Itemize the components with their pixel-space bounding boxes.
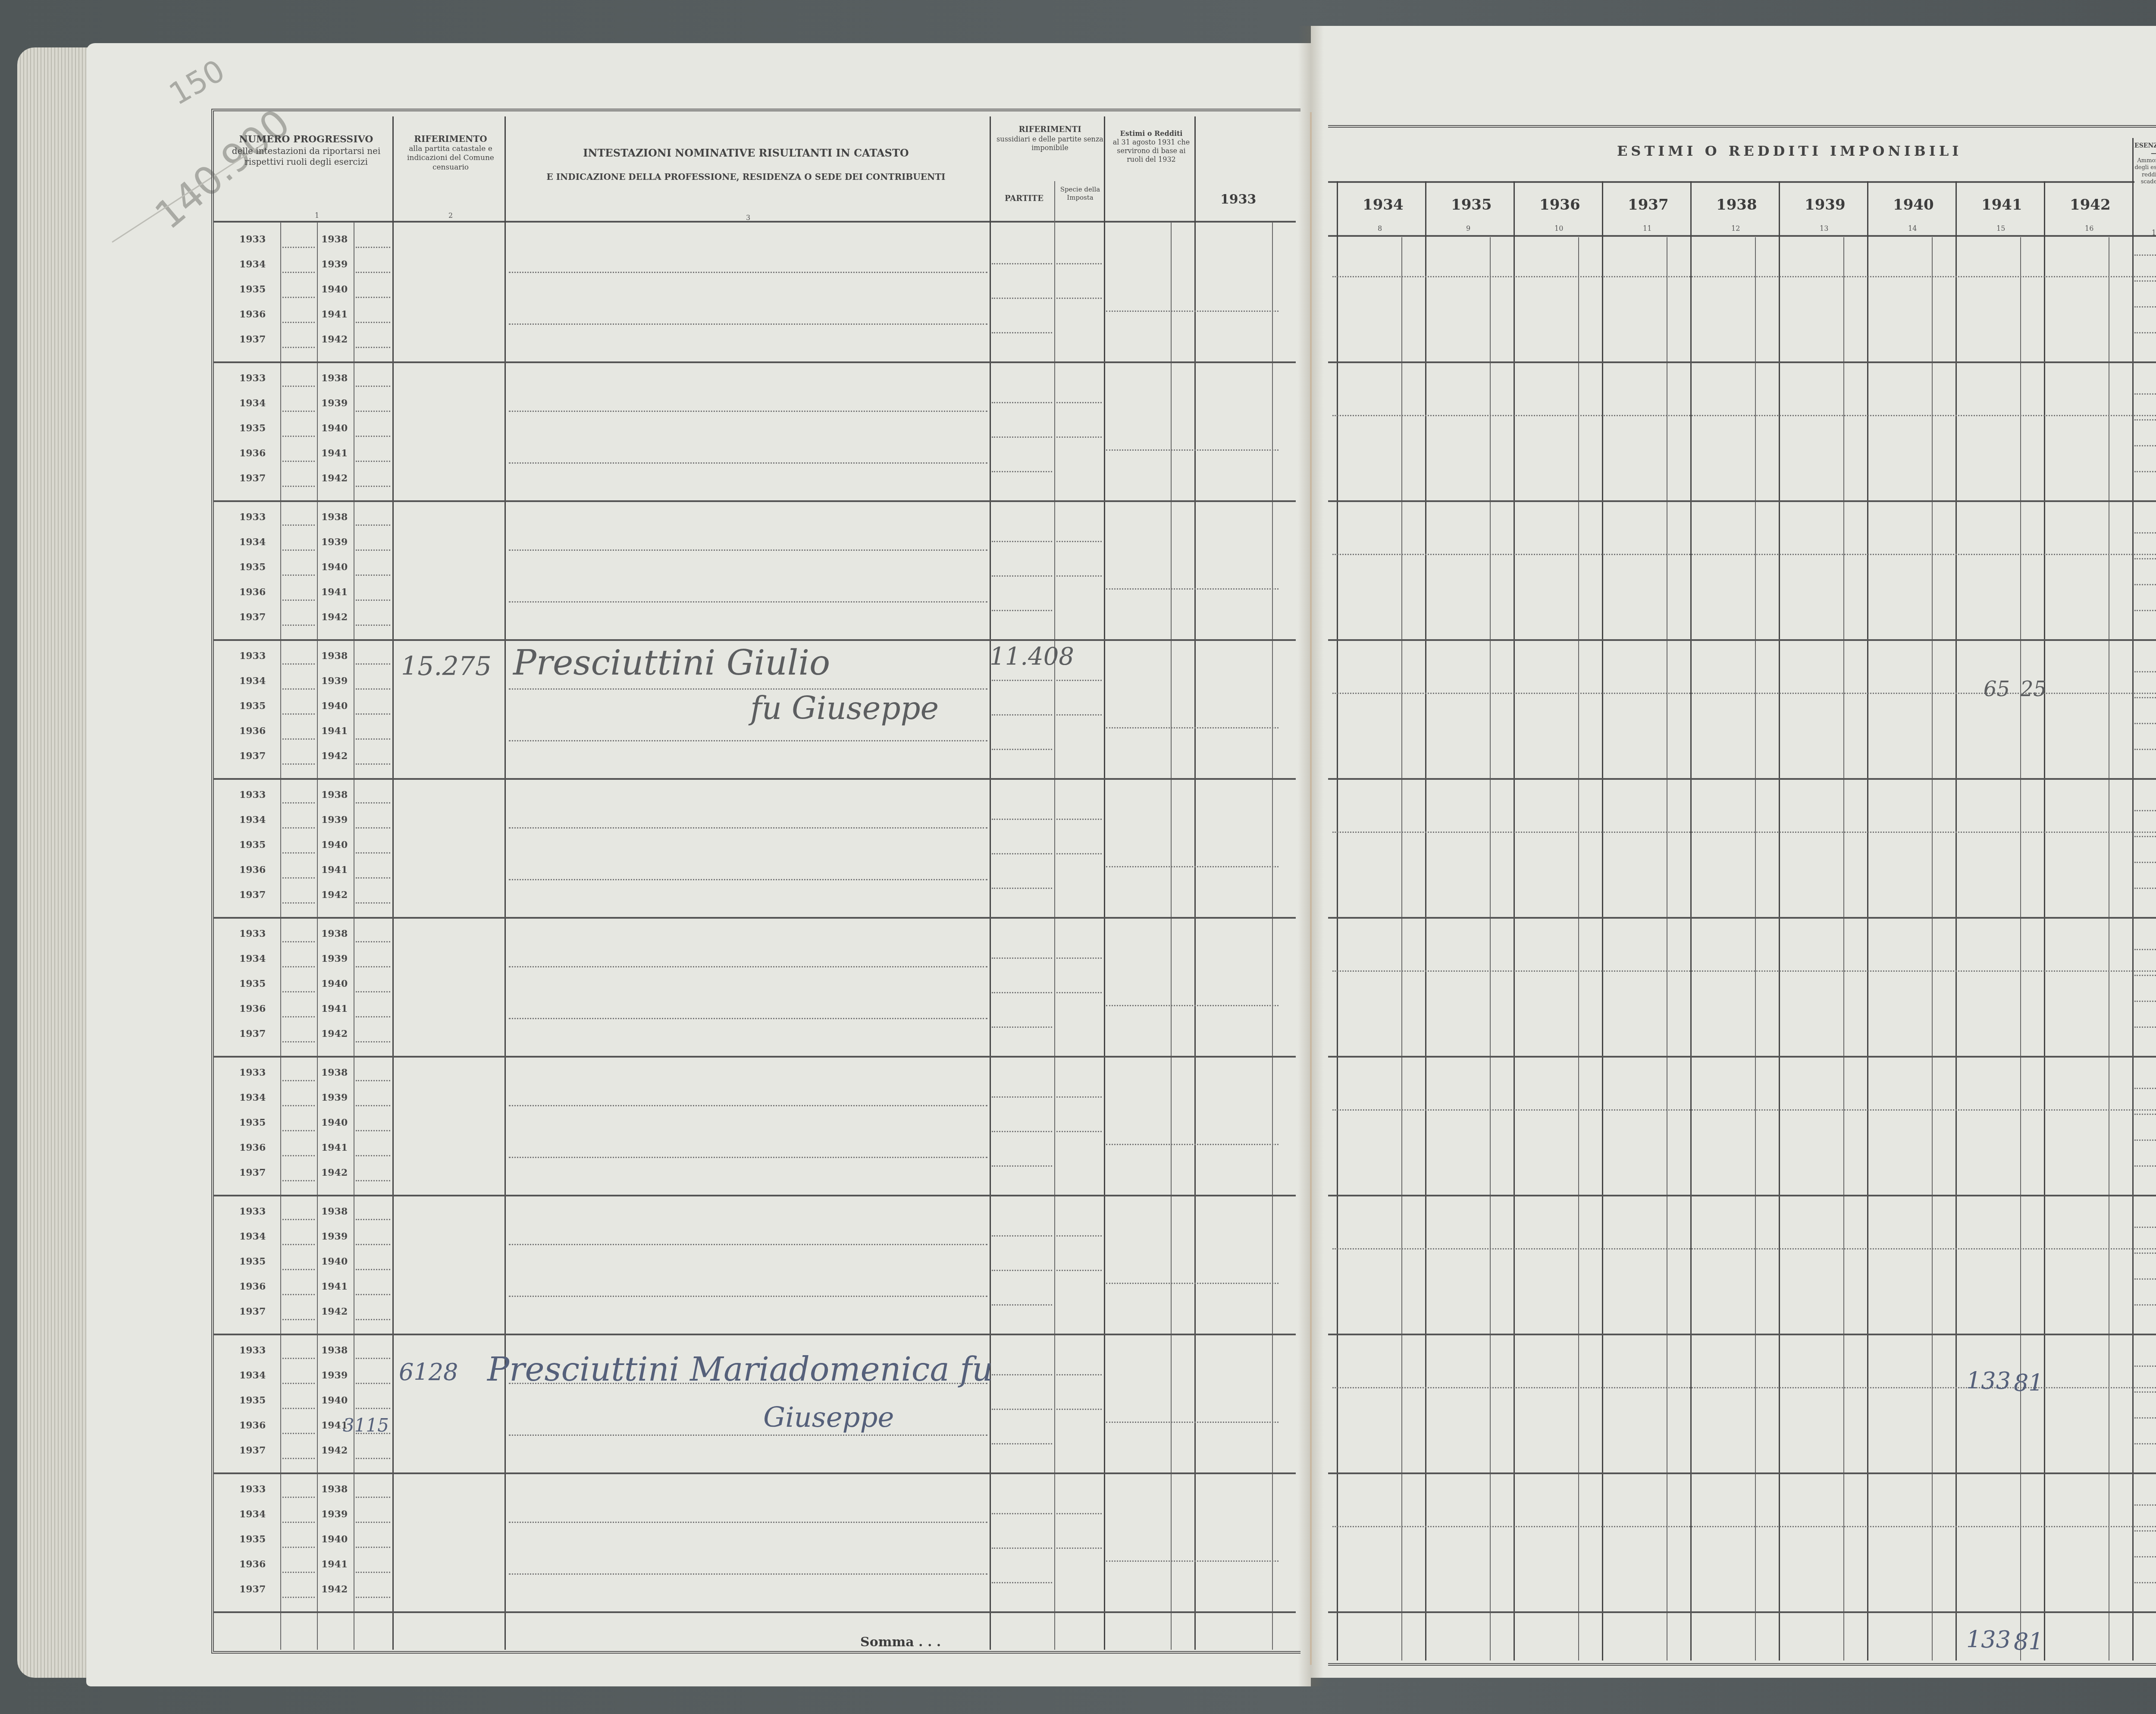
row-block-separator	[213, 1472, 1296, 1474]
year-label-right: 1940	[321, 700, 348, 712]
fill-line	[282, 461, 315, 462]
fill-line	[2134, 1304, 2156, 1306]
fill-line	[2134, 1027, 2156, 1028]
fill-line	[282, 738, 315, 740]
fill-line	[282, 802, 315, 804]
year-label-left: 1936	[239, 864, 266, 876]
fill-line	[282, 625, 315, 626]
fill-line	[356, 1408, 390, 1409]
fill-line	[992, 992, 1052, 993]
year-label-right: 1942	[321, 1584, 348, 1595]
row-block-separator	[213, 361, 1296, 363]
col-line	[1054, 181, 1055, 1650]
year-label-right: 1938	[321, 373, 348, 384]
row-block-separator	[213, 1611, 1296, 1613]
fill-line	[1332, 1248, 2156, 1249]
year-label-right: 1942	[321, 612, 348, 623]
fill-line	[282, 297, 315, 298]
year-label-right: 1939	[321, 259, 348, 270]
year-label-left: 1935	[239, 700, 266, 712]
header-estimi-1931: Estimi o Redditi al 31 agosto 1931 che s…	[1108, 129, 1194, 164]
fill-line	[356, 1041, 390, 1042]
fill-line	[356, 1572, 390, 1573]
column-number: 8	[1378, 224, 1382, 232]
year-label-left: 1933	[239, 650, 266, 662]
year-label-right: 1938	[321, 1206, 348, 1217]
fill-line	[509, 966, 987, 967]
column-number: 16	[2085, 224, 2093, 232]
col-line	[990, 116, 991, 1650]
fill-line	[992, 610, 1052, 611]
fill-line	[356, 1155, 390, 1156]
row-block-separator	[1328, 1334, 2156, 1335]
column-number-1: 1	[315, 211, 319, 220]
year-label-left: 1937	[239, 750, 266, 762]
fill-line	[1056, 819, 1102, 820]
fill-line	[1106, 1283, 1279, 1284]
fill-line	[2134, 471, 2156, 472]
year-label-right: 1938	[321, 512, 348, 523]
year-label-right: 1942	[321, 1028, 348, 1039]
cents-col-line	[1932, 237, 1933, 1661]
fill-line	[1056, 1409, 1102, 1410]
fill-line	[282, 941, 315, 942]
fill-line	[356, 1522, 390, 1523]
year-label-left: 1934	[239, 398, 266, 409]
fill-line	[2134, 419, 2156, 421]
col-line	[1171, 222, 1172, 1650]
cents-col-line	[1490, 237, 1491, 1661]
fill-line	[356, 763, 390, 765]
fill-line	[1056, 1235, 1102, 1237]
year-label-left: 1937	[239, 1584, 266, 1595]
fill-line	[992, 332, 1052, 333]
year-label-right: 1941	[321, 1559, 348, 1570]
row-block-separator	[1328, 917, 2156, 919]
year-label-right: 1939	[321, 398, 348, 409]
column-number: 12	[1731, 224, 1740, 232]
fill-line	[2134, 1278, 2156, 1280]
year-col-line	[1867, 181, 1868, 1661]
fill-line	[992, 714, 1052, 716]
fill-line	[282, 524, 315, 526]
fill-line	[2134, 810, 2156, 811]
fill-line	[1056, 1131, 1102, 1132]
col-line	[505, 116, 506, 1650]
year-label-left: 1934	[239, 259, 266, 270]
year-col-line	[1690, 181, 1692, 1661]
fill-line	[282, 1522, 315, 1523]
year-label-left: 1933	[239, 373, 266, 384]
year-label-right: 1939	[321, 1092, 348, 1103]
header-riferimenti-sussidiari: RIFERIMENTI sussidiari e delle partite s…	[994, 125, 1106, 152]
year-label-left: 1936	[239, 725, 266, 737]
fill-line	[992, 575, 1052, 577]
fill-line	[282, 549, 315, 551]
fill-line	[356, 411, 390, 412]
year-label-left: 1933	[239, 1484, 266, 1495]
entry-intestazione: Presciuttini Mariadomenica fu	[487, 1350, 993, 1388]
fill-line	[2134, 610, 2156, 611]
fill-line	[509, 1244, 987, 1245]
fill-line	[356, 1358, 390, 1359]
fill-line	[282, 272, 315, 273]
year-label-left: 1934	[239, 1509, 266, 1520]
header-year-1936: 1936	[1539, 196, 1580, 213]
fill-line	[282, 347, 315, 348]
fill-line	[1332, 832, 2156, 833]
entry-riferimento: 6128	[399, 1359, 458, 1386]
entry-intestazione-line2: fu Giuseppe	[750, 690, 939, 726]
fill-line	[509, 1018, 987, 1019]
year-label-left: 1937	[239, 889, 266, 901]
fill-line	[282, 411, 315, 412]
year-label-right: 1938	[321, 1484, 348, 1495]
fill-line	[2134, 1253, 2156, 1254]
fill-line	[2134, 862, 2156, 863]
somma-1941-int: 133	[1966, 1626, 2011, 1653]
fill-line	[2134, 949, 2156, 950]
fill-line	[509, 601, 987, 603]
fill-line	[992, 1027, 1052, 1028]
fill-line	[1056, 853, 1102, 854]
fill-line	[1056, 402, 1102, 403]
fill-line	[509, 1435, 987, 1436]
fill-line	[1332, 970, 2156, 972]
fill-line	[1056, 992, 1102, 993]
header-year-1935: 1935	[1451, 196, 1492, 213]
fill-line	[356, 1016, 390, 1017]
header-year-1933: 1933	[1220, 192, 1257, 207]
column-number: 14	[1908, 224, 1917, 232]
fill-line	[1106, 588, 1279, 590]
fill-line	[282, 763, 315, 765]
fill-line	[992, 888, 1052, 889]
year-label-left: 1937	[239, 612, 266, 623]
year-label-right: 1940	[321, 1534, 348, 1545]
fill-line	[1056, 714, 1102, 716]
fill-line	[992, 1096, 1052, 1098]
entry-intestazione-line2: Giuseppe	[763, 1402, 894, 1434]
fill-line	[509, 827, 987, 829]
fill-line	[282, 322, 315, 323]
row-block-separator	[213, 1334, 1296, 1335]
fill-line	[282, 1408, 315, 1409]
year-label-right: 1942	[321, 1445, 348, 1456]
year-label-right: 1942	[321, 889, 348, 901]
year-label-left: 1937	[239, 1445, 266, 1456]
fill-line	[282, 1572, 315, 1573]
row-block-separator	[1328, 778, 2156, 780]
column-number: 15	[1996, 224, 2005, 232]
fill-line	[356, 966, 390, 967]
fill-line	[282, 1497, 315, 1498]
fill-line	[1056, 541, 1102, 542]
header-rule-left	[213, 221, 1296, 223]
year-label-left: 1936	[239, 1142, 266, 1153]
fill-line	[356, 1080, 390, 1081]
fill-line	[509, 1573, 987, 1575]
fill-line	[992, 298, 1052, 299]
fill-line	[2134, 723, 2156, 724]
year-label-left: 1936	[239, 1420, 266, 1431]
fill-line	[992, 402, 1052, 403]
year-label-right: 1939	[321, 675, 348, 687]
row-block-separator	[213, 778, 1296, 780]
col-line	[280, 222, 281, 1650]
year-label-right: 1939	[321, 537, 348, 548]
year-label-left: 1935	[239, 1256, 266, 1267]
year-label-right: 1940	[321, 562, 348, 573]
header-intestazioni: INTESTAZIONI NOMINATIVE RISULTANTI IN CA…	[509, 147, 983, 182]
fill-line	[282, 902, 315, 904]
year-col-line	[1955, 181, 1957, 1661]
fill-line	[1106, 1144, 1279, 1145]
fill-line	[282, 852, 315, 854]
year-label-left: 1934	[239, 1231, 266, 1242]
fill-line	[282, 1383, 315, 1384]
year-label-right: 1942	[321, 473, 348, 484]
fill-line	[356, 1269, 390, 1270]
fill-line	[356, 738, 390, 740]
header-year-1938: 1938	[1716, 196, 1757, 213]
fill-line	[2134, 558, 2156, 559]
column-number: 13	[1820, 224, 1828, 232]
fill-line	[356, 941, 390, 942]
entry-estimo-1941-dec: 25	[2020, 677, 2046, 701]
header-year-1937: 1937	[1628, 196, 1669, 213]
fill-line	[2134, 1556, 2156, 1557]
fill-line	[282, 1294, 315, 1295]
fill-line	[282, 1269, 315, 1270]
year-label-right: 1938	[321, 234, 348, 245]
fill-line	[992, 471, 1052, 472]
year-label-right: 1940	[321, 1256, 348, 1267]
fill-line	[356, 574, 390, 576]
year-label-left: 1934	[239, 675, 266, 687]
col-line	[1272, 222, 1273, 1650]
fill-line	[2134, 888, 2156, 889]
fill-line	[509, 411, 987, 412]
column-number-2: 2	[448, 211, 453, 220]
fill-line	[356, 713, 390, 715]
year-col-line	[1514, 181, 1515, 1661]
fill-line	[282, 1105, 315, 1106]
fill-line	[1332, 1109, 2156, 1111]
fill-line	[356, 486, 390, 487]
fill-line	[1106, 866, 1279, 867]
year-label-right: 1942	[321, 1167, 348, 1178]
fill-line	[356, 827, 390, 829]
year-label-left: 1936	[239, 587, 266, 598]
fill-line	[282, 436, 315, 437]
fill-line	[509, 462, 987, 464]
year-label-right: 1941	[321, 309, 348, 320]
fill-line	[1056, 1374, 1102, 1375]
fill-line	[356, 1219, 390, 1220]
fill-line	[356, 1383, 390, 1384]
fill-line	[992, 1513, 1052, 1514]
fill-line	[282, 1597, 315, 1598]
entry-intestazione: Presciuttini Giulio	[513, 643, 830, 683]
year-label-right: 1940	[321, 284, 348, 295]
entry-estimo-1941-int: 133	[1966, 1367, 2011, 1394]
year-label-left: 1937	[239, 473, 266, 484]
header-year-1942: 1942	[2070, 196, 2111, 213]
year-col-line	[1602, 181, 1603, 1661]
row-block-separator	[1328, 1472, 2156, 1474]
fill-line	[282, 1016, 315, 1017]
fill-line	[992, 853, 1052, 854]
fill-line	[356, 461, 390, 462]
fill-line	[2134, 306, 2156, 308]
year-label-left: 1935	[239, 1117, 266, 1128]
row-block-separator	[1328, 1195, 2156, 1196]
fill-line	[1332, 276, 2156, 277]
fill-line	[282, 600, 315, 601]
fill-line	[356, 688, 390, 690]
column-number-17: 17	[2152, 229, 2156, 237]
fill-line	[356, 247, 390, 248]
year-label-left: 1936	[239, 1003, 266, 1014]
fill-line	[2134, 1114, 2156, 1115]
fill-line	[2134, 697, 2156, 698]
fill-line	[282, 1219, 315, 1220]
fill-line	[2134, 1227, 2156, 1228]
cents-col-line	[1667, 237, 1667, 1661]
fill-line	[282, 1130, 315, 1131]
fill-line	[992, 819, 1052, 820]
row-block-separator	[1328, 639, 2156, 641]
entry-partite: 11.408	[990, 643, 1074, 671]
column-number: 9	[1466, 224, 1470, 232]
row-block-separator	[213, 917, 1296, 919]
fill-line	[282, 713, 315, 715]
cents-col-line	[2020, 237, 2021, 1661]
fill-line	[356, 663, 390, 665]
row-block-separator	[1328, 1611, 2156, 1613]
header-specie-imposta: Specie della Imposta	[1056, 185, 1104, 202]
fill-line	[992, 1235, 1052, 1237]
year-col-line	[1779, 181, 1780, 1661]
fill-line	[509, 1522, 987, 1523]
fill-line	[2134, 393, 2156, 395]
fill-line	[992, 1582, 1052, 1583]
fill-line	[356, 549, 390, 551]
year-label-left: 1937	[239, 1306, 266, 1317]
binding-thread	[1310, 112, 1312, 1665]
fill-line	[356, 1294, 390, 1295]
year-label-right: 1939	[321, 1231, 348, 1242]
fill-line	[2134, 1417, 2156, 1419]
cents-col-line	[1401, 237, 1402, 1661]
fill-line	[2134, 1391, 2156, 1393]
year-label-left: 1936	[239, 1559, 266, 1570]
fill-line	[282, 827, 315, 829]
fill-line	[2134, 975, 2156, 976]
somma-label: Somma . . .	[860, 1635, 941, 1650]
year-label-left: 1933	[239, 789, 266, 800]
year-label-left: 1933	[239, 928, 266, 939]
year-label-left: 1935	[239, 423, 266, 434]
year-label-left: 1936	[239, 309, 266, 320]
fill-line	[1332, 554, 2156, 555]
right-register-table	[1328, 125, 2156, 1666]
year-label-left: 1937	[239, 1167, 266, 1178]
header-esenzioni: ESENZIONI — Ammontare degli estimi o red…	[2134, 142, 2156, 185]
fill-line	[1056, 1548, 1102, 1549]
fill-line	[509, 879, 987, 880]
year-label-left: 1935	[239, 839, 266, 851]
fill-line	[356, 1319, 390, 1320]
row-block-separator	[1328, 500, 2156, 502]
year-label-left: 1935	[239, 1534, 266, 1545]
fill-line	[1056, 957, 1102, 959]
fill-line	[2134, 332, 2156, 333]
year-label-left: 1935	[239, 284, 266, 295]
fill-line	[2134, 584, 2156, 585]
fill-line	[2134, 1140, 2156, 1141]
fill-line	[1106, 1005, 1279, 1006]
fill-line	[356, 1130, 390, 1131]
fill-line	[992, 1443, 1052, 1444]
row-block-separator	[1328, 1056, 2156, 1058]
fill-line	[992, 1409, 1052, 1410]
fill-line	[282, 1319, 315, 1320]
year-label-left: 1934	[239, 814, 266, 826]
fill-line	[356, 802, 390, 804]
fill-line	[1106, 311, 1279, 312]
year-label-right: 1941	[321, 864, 348, 876]
col-line	[317, 222, 318, 1650]
year-label-left: 1935	[239, 1395, 266, 1406]
fill-line	[282, 1358, 315, 1359]
fill-line	[1056, 575, 1102, 577]
fill-line	[1056, 1096, 1102, 1098]
fill-line	[1056, 680, 1102, 681]
year-label-right: 1940	[321, 978, 348, 989]
year-label-right: 1942	[321, 334, 348, 345]
fill-line	[356, 600, 390, 601]
year-label-right: 1942	[321, 750, 348, 762]
year-label-right: 1938	[321, 650, 348, 662]
year-label-left: 1934	[239, 1370, 266, 1381]
fill-line	[992, 957, 1052, 959]
fill-line	[509, 1105, 987, 1106]
fill-line	[282, 966, 315, 967]
year-col-line	[1337, 181, 1338, 1661]
fill-line	[1106, 1560, 1279, 1562]
cents-col-line	[1578, 237, 1579, 1661]
fill-line	[1332, 415, 2156, 416]
col-line	[392, 116, 394, 1650]
cents-col-line	[1755, 237, 1756, 1661]
fill-line	[2134, 532, 2156, 534]
fill-line	[992, 1165, 1052, 1167]
fill-line	[282, 877, 315, 879]
fill-line	[1106, 1422, 1279, 1423]
fill-line	[282, 1155, 315, 1156]
fill-line	[356, 625, 390, 626]
fill-line	[1056, 298, 1102, 299]
fill-line	[992, 1548, 1052, 1549]
fill-line	[282, 386, 315, 387]
year-label-right: 1939	[321, 1370, 348, 1381]
fill-line	[992, 680, 1052, 681]
row-block-separator	[213, 639, 1296, 641]
row-block-separator	[213, 1195, 1296, 1196]
fill-line	[2134, 1582, 2156, 1583]
